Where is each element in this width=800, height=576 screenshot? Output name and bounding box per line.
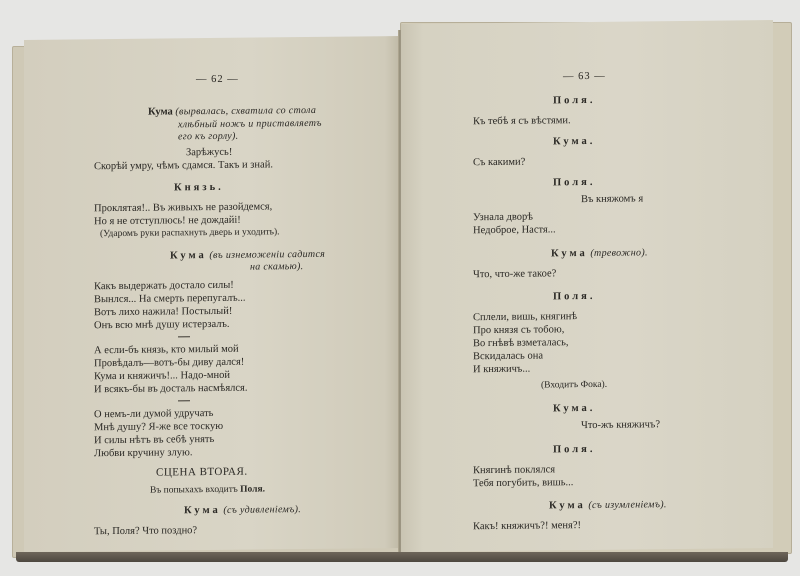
speaker: Кума. — [553, 135, 595, 149]
verse-line: Зарѣжусь! — [186, 146, 232, 160]
speaker: Поля. — [553, 94, 595, 108]
speaker: Кума. — [553, 402, 595, 416]
stanza-divider — [178, 336, 190, 337]
open-book: — 62 — Кума (вырвалась, схватила со стол… — [0, 0, 800, 576]
verse-line: И княжичъ... — [473, 363, 530, 377]
speaker-direction: Кума (съ удивленіемъ). — [184, 503, 301, 518]
speaker: Поля. — [553, 290, 595, 304]
verse-line: Какъ! княжичъ?! меня?! — [473, 519, 581, 534]
page-number: — 63 — — [563, 70, 606, 84]
speaker: Князь. — [174, 181, 224, 195]
verse-line: Что-жъ княжичъ? — [581, 418, 660, 432]
verse-line: Съ какими? — [473, 156, 525, 170]
verse-line: И всякъ-бы въ досталь насмѣялся. — [94, 382, 248, 397]
scene-note: Въ попыхахъ входитъ Поля. — [150, 483, 265, 498]
speaker: Кума — [551, 248, 588, 259]
verse-line: Любви кручину злую. — [94, 446, 192, 461]
speaker-direction: Кума (съ изумленіемъ). — [549, 498, 667, 513]
stage-direction: (тревожно). — [590, 247, 647, 259]
speaker-direction: Кума (тревожно). — [551, 246, 648, 261]
verse-line: Тебя погубить, вишь... — [473, 476, 573, 491]
speaker: Кума — [148, 106, 173, 117]
verse-line: Вскидалась она — [473, 349, 543, 363]
verse-line: Что, что-же такое? — [473, 267, 556, 281]
verse-line: И силы нѣтъ въ себѣ унять — [94, 433, 214, 448]
stage-note: (Ударомъ руки распахнуть дверь и уходить… — [100, 226, 280, 241]
verse-line: Къ тебѣ я съ вѣстями. — [473, 114, 571, 129]
book-bottom-edge — [16, 552, 788, 562]
verse-line: Онъ всю мнѣ душу истерзалъ. — [94, 318, 230, 333]
stage-direction: (съ удивленіемъ). — [223, 504, 301, 516]
stage-direction: (вырвалась, схватила со стола — [175, 105, 316, 117]
speaker: Кума — [184, 505, 221, 516]
stage-direction: (въ изнеможеніи садится — [209, 249, 325, 261]
page-number: — 62 — — [196, 73, 239, 87]
verse-line: Узнала дворѣ — [473, 211, 533, 225]
stage-direction: (съ изумленіемъ). — [588, 499, 666, 511]
stage-direction: на скамью). — [250, 260, 303, 274]
verse-line: Во гнѣвѣ взметалась, — [473, 336, 569, 351]
scene-note-text: Въ попыхахъ входитъ — [150, 485, 238, 496]
speaker: Поля. — [553, 176, 595, 190]
stage-direction: его къ горлу). — [178, 130, 238, 144]
verse-line: Ты, Поля? Что поздно? — [94, 524, 197, 539]
left-page: — 62 — Кума (вырвалась, схватила со стол… — [24, 36, 400, 552]
speaker: Кума — [549, 500, 586, 511]
verse-line: Въ княжомъ я — [581, 192, 643, 206]
scene-note-name: Поля. — [240, 484, 265, 494]
speaker: Поля. — [553, 443, 595, 457]
verse-line: Скорѣй умру, чѣмъ сдамся. Такъ и знай. — [94, 158, 273, 173]
right-page: — 63 — Поля. Къ тебѣ я съ вѣстями. Кума.… — [401, 20, 773, 552]
stage-note: (Входитъ Фока). — [541, 379, 607, 393]
scene-title: СЦЕНА ВТОРАЯ. — [156, 466, 248, 480]
speaker: Кума — [170, 250, 207, 261]
verse-line: Недоброе, Настя... — [473, 223, 556, 237]
stanza-divider — [178, 400, 190, 401]
